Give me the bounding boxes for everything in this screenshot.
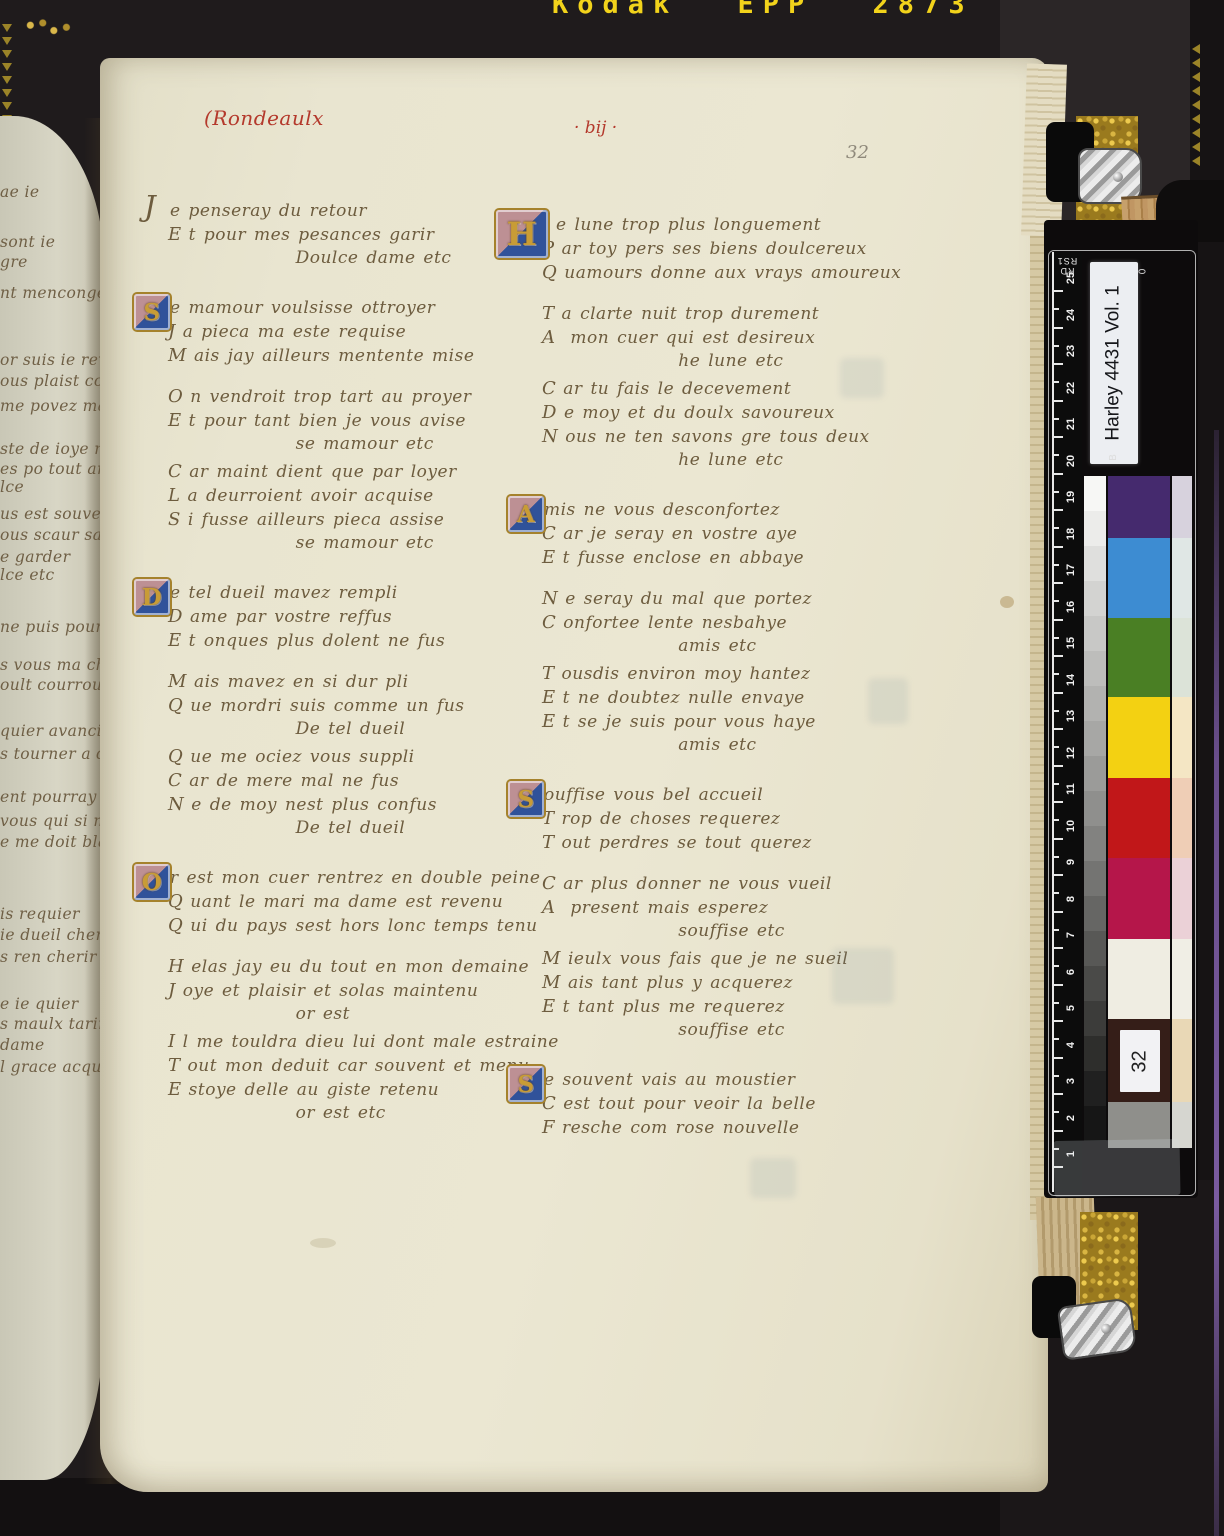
line-capital: Q (168, 890, 183, 913)
quire-signature: · bij · (574, 118, 617, 138)
line-capital: E (542, 546, 556, 569)
rondeau-block: Souffise vous bel accueilTrop de choses … (542, 784, 1012, 855)
verse-line: mis ne vous desconfortez (542, 499, 1012, 522)
line-capital: T (542, 831, 555, 854)
ruler-tick (1054, 728, 1063, 730)
illuminated-initial-H: H (496, 210, 548, 258)
patch-column-label: B (1108, 454, 1119, 461)
line-capital: M (168, 344, 187, 367)
ruler-number: 21 (1065, 413, 1077, 435)
color-patch-pale-white (1172, 939, 1192, 1019)
ruler-tick (1054, 655, 1063, 657)
line-capital: M (542, 947, 561, 970)
edge-triangle-icon (1192, 100, 1200, 110)
line-capital: I (168, 1030, 176, 1053)
gray-step (1084, 1036, 1106, 1071)
bleed-through-smudge (750, 1158, 796, 1198)
ruler-number: 13 (1065, 705, 1077, 727)
gilt-binding-corner (23, 14, 78, 43)
line-capital: C (168, 460, 182, 483)
edge-triangle-icon (1192, 128, 1200, 138)
metal-clasp-icon (1057, 1297, 1138, 1361)
verse-line: Confortee lente nesbahye (542, 611, 1012, 635)
ruler-number: 8 (1065, 888, 1077, 910)
ruler-number: 7 (1065, 924, 1077, 946)
ruler-number: 23 (1065, 340, 1077, 362)
verse-line: Cest tout pour veoir la belle (542, 1092, 1012, 1116)
grayscale-wedge (1084, 476, 1106, 1141)
illuminated-initial-A: A (508, 496, 544, 532)
ruler-number: 16 (1065, 596, 1077, 618)
stain (310, 1238, 336, 1248)
initial-letter: A (517, 503, 535, 526)
line-capital: S (168, 508, 181, 531)
folio-tag-label: 32 (1120, 1030, 1160, 1092)
ruler-tick (1054, 947, 1063, 949)
rondeau-block: Car plus donner ne vous vueilA present m… (542, 872, 1012, 1042)
running-title: (Rondeaulx (204, 106, 324, 130)
ruler-tick-minor (1054, 1002, 1059, 1004)
tape-overlay (1054, 1139, 1181, 1197)
color-patch-pale-cyan (1172, 538, 1192, 618)
gray-step (1084, 651, 1106, 686)
color-patch-pale-cream (1172, 697, 1192, 778)
line-capital: T (542, 662, 555, 685)
ruler-tick (1054, 582, 1063, 584)
line-capital: N (542, 587, 558, 610)
line-capital: N (168, 793, 184, 816)
color-patch-pale-lavender (1172, 476, 1192, 538)
edge-triangle-icon (2, 37, 12, 45)
ruler-tick-minor (1054, 381, 1059, 383)
line-capital: H (168, 955, 184, 978)
edge-triangle-icon (1192, 44, 1200, 54)
ruler-number: 15 (1065, 632, 1077, 654)
ruler-tick (1054, 911, 1063, 913)
verse-line: Nous ne ten savons gre tous deux (542, 425, 1012, 449)
initial-letter: D (142, 586, 162, 609)
ruler-tick (1054, 400, 1063, 402)
gray-step (1084, 686, 1106, 721)
ruler-number: 3 (1065, 1070, 1077, 1092)
illuminated-initial-S: S (508, 1066, 544, 1102)
ruler-number: 9 (1065, 851, 1077, 873)
edge-triangle-icon (1192, 156, 1200, 166)
ruler-tick-minor (1054, 856, 1059, 858)
verse-line: A present mais esperez (542, 896, 1012, 920)
verse-line: Et fusse enclose en abbaye (542, 546, 1012, 570)
ruler-tick (1054, 692, 1063, 694)
gray-step (1084, 511, 1106, 546)
ruler-tick (1054, 619, 1063, 621)
color-patch-white (1108, 939, 1170, 1019)
verse-line: Fresche com rose nouvelle (542, 1116, 1012, 1140)
ruler-number: 18 (1065, 523, 1077, 545)
line-capital: M (168, 670, 187, 693)
ruler-tick-minor (1054, 746, 1059, 748)
film-edge-marks-right-icon (1192, 44, 1200, 166)
ruler-number: 4 (1065, 1034, 1077, 1056)
illuminated-initial-D: D (134, 579, 170, 615)
manuscript-photograph: Kodak EPP 2873 ae iesont iegrent mencong… (0, 0, 1224, 1536)
initial-letter: O (142, 871, 163, 894)
line-capital: A (542, 326, 556, 349)
line-capital: D (168, 605, 183, 628)
ruler-number: 20 (1065, 450, 1077, 472)
ruler-tick (1054, 1057, 1063, 1059)
ruler-tick-minor (1054, 965, 1059, 967)
initial-letter: S (517, 1073, 534, 1096)
edge-triangle-icon (1192, 114, 1200, 124)
ruler-number: 14 (1065, 669, 1077, 691)
line-capital: L (168, 484, 180, 507)
gray-step (1084, 581, 1106, 616)
color-patch-pale-pink (1172, 858, 1192, 939)
margin-initial-J: J (144, 195, 156, 218)
verse-line: Quamours donne aux vrays amoureux (542, 261, 1012, 285)
verse-line: Mieulx vous fais que je ne sueil (542, 947, 1012, 971)
line-capital: F (542, 1116, 555, 1139)
gray-step (1084, 616, 1106, 651)
ruler-tick-minor (1054, 1111, 1059, 1113)
ruler-tick-minor (1054, 783, 1059, 785)
ruler-tick-minor (1054, 345, 1059, 347)
line-capital: E (542, 710, 556, 733)
edge-triangle-icon (2, 24, 12, 32)
gray-step (1084, 546, 1106, 581)
ruler-tick (1054, 473, 1063, 475)
ruler-tick-minor (1054, 929, 1059, 931)
verse-line: Par toy pers ses biens doulcereux (542, 237, 1012, 261)
ruler-tick-minor (1054, 892, 1059, 894)
verse-line: Car plus donner ne vous vueil (542, 872, 1012, 896)
edge-triangle-icon (2, 76, 12, 84)
color-patch-blue (1108, 538, 1170, 618)
edge-triangle-icon (2, 50, 12, 58)
ruler-tick-minor (1054, 564, 1059, 566)
verse-line: Car tu fais le decevement (542, 377, 1012, 401)
illuminated-initial-S: S (134, 294, 170, 330)
ruler-tick-minor (1054, 710, 1059, 712)
verse-line: Trop de choses requerez (542, 807, 1012, 831)
verse-line: Tousdis environ moy hantez (542, 662, 1012, 686)
line-capital: E (542, 686, 556, 709)
line-capital: Q (168, 745, 183, 768)
color-patch-red (1108, 778, 1170, 858)
verse-line: De moy et du doulx savoureux (542, 401, 1012, 425)
line-capital: Q (168, 914, 183, 937)
ruler-tick (1054, 1130, 1063, 1132)
ruler-number: 17 (1065, 559, 1077, 581)
line-capital: C (542, 611, 556, 634)
gray-step (1084, 966, 1106, 1001)
ruler-title: RD RS1 (1054, 256, 1080, 276)
edge-triangle-icon (2, 63, 12, 71)
ruler-number: 11 (1065, 778, 1077, 800)
ruler-tick-minor (1054, 637, 1059, 639)
ruler-number: 2 (1065, 1107, 1077, 1129)
ruler-number: 5 (1065, 997, 1077, 1019)
ruler-tick (1054, 765, 1063, 767)
verse-line: Ne seray du mal que portez (542, 587, 1012, 611)
color-patch-yellow (1108, 697, 1170, 778)
ruler-tick-minor (1054, 1038, 1059, 1040)
verse-line: Mais tant plus y acquerez (542, 971, 1012, 995)
manuscript-page: (Rondeaulx · bij · 32 Je penseray du ret… (100, 58, 1048, 1492)
ruler-tick (1054, 984, 1063, 986)
gray-step (1084, 1071, 1106, 1106)
verse-line: ouffise vous bel accueil (542, 784, 1012, 807)
edge-triangle-icon (2, 89, 12, 97)
rondeau-block: He lune trop plus longuementPar toy pers… (542, 214, 1012, 285)
line-capital: C (542, 872, 556, 895)
verse-line: Et se je suis pour vous haye (542, 710, 1012, 734)
line-capital: C (542, 1092, 556, 1115)
line-capital: C (542, 377, 556, 400)
refrain-line: souffise etc (678, 1019, 1012, 1042)
color-patch-magenta (1108, 858, 1170, 939)
gray-step (1084, 1106, 1106, 1141)
verse-line: Tout perdres se tout querez (542, 831, 1012, 855)
ruler-tick-minor (1054, 673, 1059, 675)
ruler-tick (1054, 801, 1063, 803)
ruler-tick (1054, 874, 1063, 876)
ruler-tick (1054, 546, 1063, 548)
verse-line: Et ne doubtez nulle envaye (542, 686, 1012, 710)
edge-triangle-icon (2, 102, 12, 110)
verse-line: Car je seray en vostre aye (542, 522, 1012, 546)
verse-line: e souvent vais au moustier (542, 1069, 1012, 1092)
line-capital: E (168, 223, 182, 246)
ruler-tick (1054, 436, 1063, 438)
verse-line: Et tant plus me requerez (542, 995, 1012, 1019)
line-capital: C (542, 522, 556, 545)
illuminated-initial-S: S (508, 781, 544, 817)
line-capital: E (168, 629, 182, 652)
gray-step (1084, 931, 1106, 966)
initial-letter: S (143, 301, 160, 324)
line-capital: A (542, 896, 556, 919)
film-edge-line (1214, 430, 1219, 1536)
line-capital: Q (168, 694, 183, 717)
color-patch-green (1108, 618, 1170, 697)
gray-step (1084, 721, 1106, 756)
ruler-number: 10 (1065, 815, 1077, 837)
rondeau-block: Se souvent vais au moustierCest tout pou… (542, 1069, 1012, 1140)
gray-step (1084, 756, 1106, 791)
verse-column-right: He lune trop plus longuementPar toy pers… (542, 214, 1012, 1157)
gray-step (1084, 791, 1106, 826)
gray-step (1084, 896, 1106, 931)
refrain-line: he lune etc (678, 350, 1012, 373)
ruler-tick (1054, 509, 1063, 511)
initial-letter: H (507, 223, 538, 246)
gray-step (1084, 476, 1106, 511)
ruler-tick (1054, 290, 1063, 292)
ruler-tick-minor (1054, 454, 1059, 456)
line-capital: N (542, 425, 558, 448)
ruler-tick (1054, 363, 1063, 365)
line-capital: E (168, 1078, 182, 1101)
rondeau-block: Ne seray du mal que portezConfortee lent… (542, 587, 1012, 757)
color-patch-pale-green (1172, 618, 1192, 697)
line-capital: T (542, 302, 555, 325)
ruler-tick-minor (1054, 527, 1059, 529)
ruler-zero-label: 0 (1137, 269, 1148, 275)
ruler-tick-minor (1054, 418, 1059, 420)
ruler-number: 22 (1065, 377, 1077, 399)
line-capital: E (168, 409, 182, 432)
ruler-tick-minor (1054, 600, 1059, 602)
film-edge-marks-left-icon (2, 24, 12, 123)
ruler-number: 6 (1065, 961, 1077, 983)
ruler-tick (1054, 838, 1063, 840)
gray-step (1084, 861, 1106, 896)
edge-triangle-icon (1192, 86, 1200, 96)
ruler-tick (1054, 327, 1063, 329)
pale-patch-column (1172, 476, 1192, 1148)
line-capital: O (168, 385, 183, 408)
folio-number: 32 (846, 142, 869, 163)
ruler-number: 24 (1065, 304, 1077, 326)
refrain-line: souffise etc (678, 920, 1012, 943)
verse-line: Ta clarte nuit trop durement (542, 302, 1012, 326)
initial-letter: S (517, 788, 534, 811)
line-capital: C (168, 769, 182, 792)
edge-triangle-icon (1192, 58, 1200, 68)
ruler-tick-minor (1054, 819, 1059, 821)
line-capital: J (168, 979, 176, 1002)
refrain-line: amis etc (678, 635, 1012, 658)
ruler-tick (1054, 1020, 1063, 1022)
edge-triangle-icon (1192, 72, 1200, 82)
rondeau-block: Amis ne vous desconfortezCar je seray en… (542, 499, 1012, 570)
shelfmark-label: Harley 4431 Vol. 1 (1090, 262, 1138, 464)
edge-triangle-icon (1192, 142, 1200, 152)
ruler-tick-minor (1054, 491, 1059, 493)
rondeau-block: Ta clarte nuit trop durementA mon cuer q… (542, 302, 1012, 472)
line-capital: M (542, 971, 561, 994)
gray-step (1084, 1001, 1106, 1036)
ruler-tick (1054, 1093, 1063, 1095)
gray-step (1084, 826, 1106, 861)
verse-line: A mon cuer qui est desireux (542, 326, 1012, 350)
ruler-number: 12 (1065, 742, 1077, 764)
ruler-tick-minor (1054, 1075, 1059, 1077)
color-patch-pale-tan (1172, 1019, 1192, 1102)
verse-line: e lune trop plus longuement (542, 214, 1012, 237)
line-capital: Q (542, 261, 557, 284)
color-patch-pale-peach (1172, 778, 1192, 858)
color-patch-purple (1108, 476, 1170, 538)
line-capital: E (542, 995, 556, 1018)
line-capital: T (168, 1054, 181, 1077)
refrain-line: he lune etc (678, 449, 1012, 472)
ruler-number: 19 (1065, 486, 1077, 508)
refrain-line: amis etc (678, 734, 1012, 757)
ruler-scale: 1234567891011121314151617181920212223242… (1052, 252, 1082, 1192)
ruler-tick-minor (1054, 308, 1059, 310)
illuminated-initial-O: O (134, 864, 170, 900)
film-stock-label: Kodak EPP 2873 (552, 0, 974, 20)
line-capital: D (542, 401, 557, 424)
